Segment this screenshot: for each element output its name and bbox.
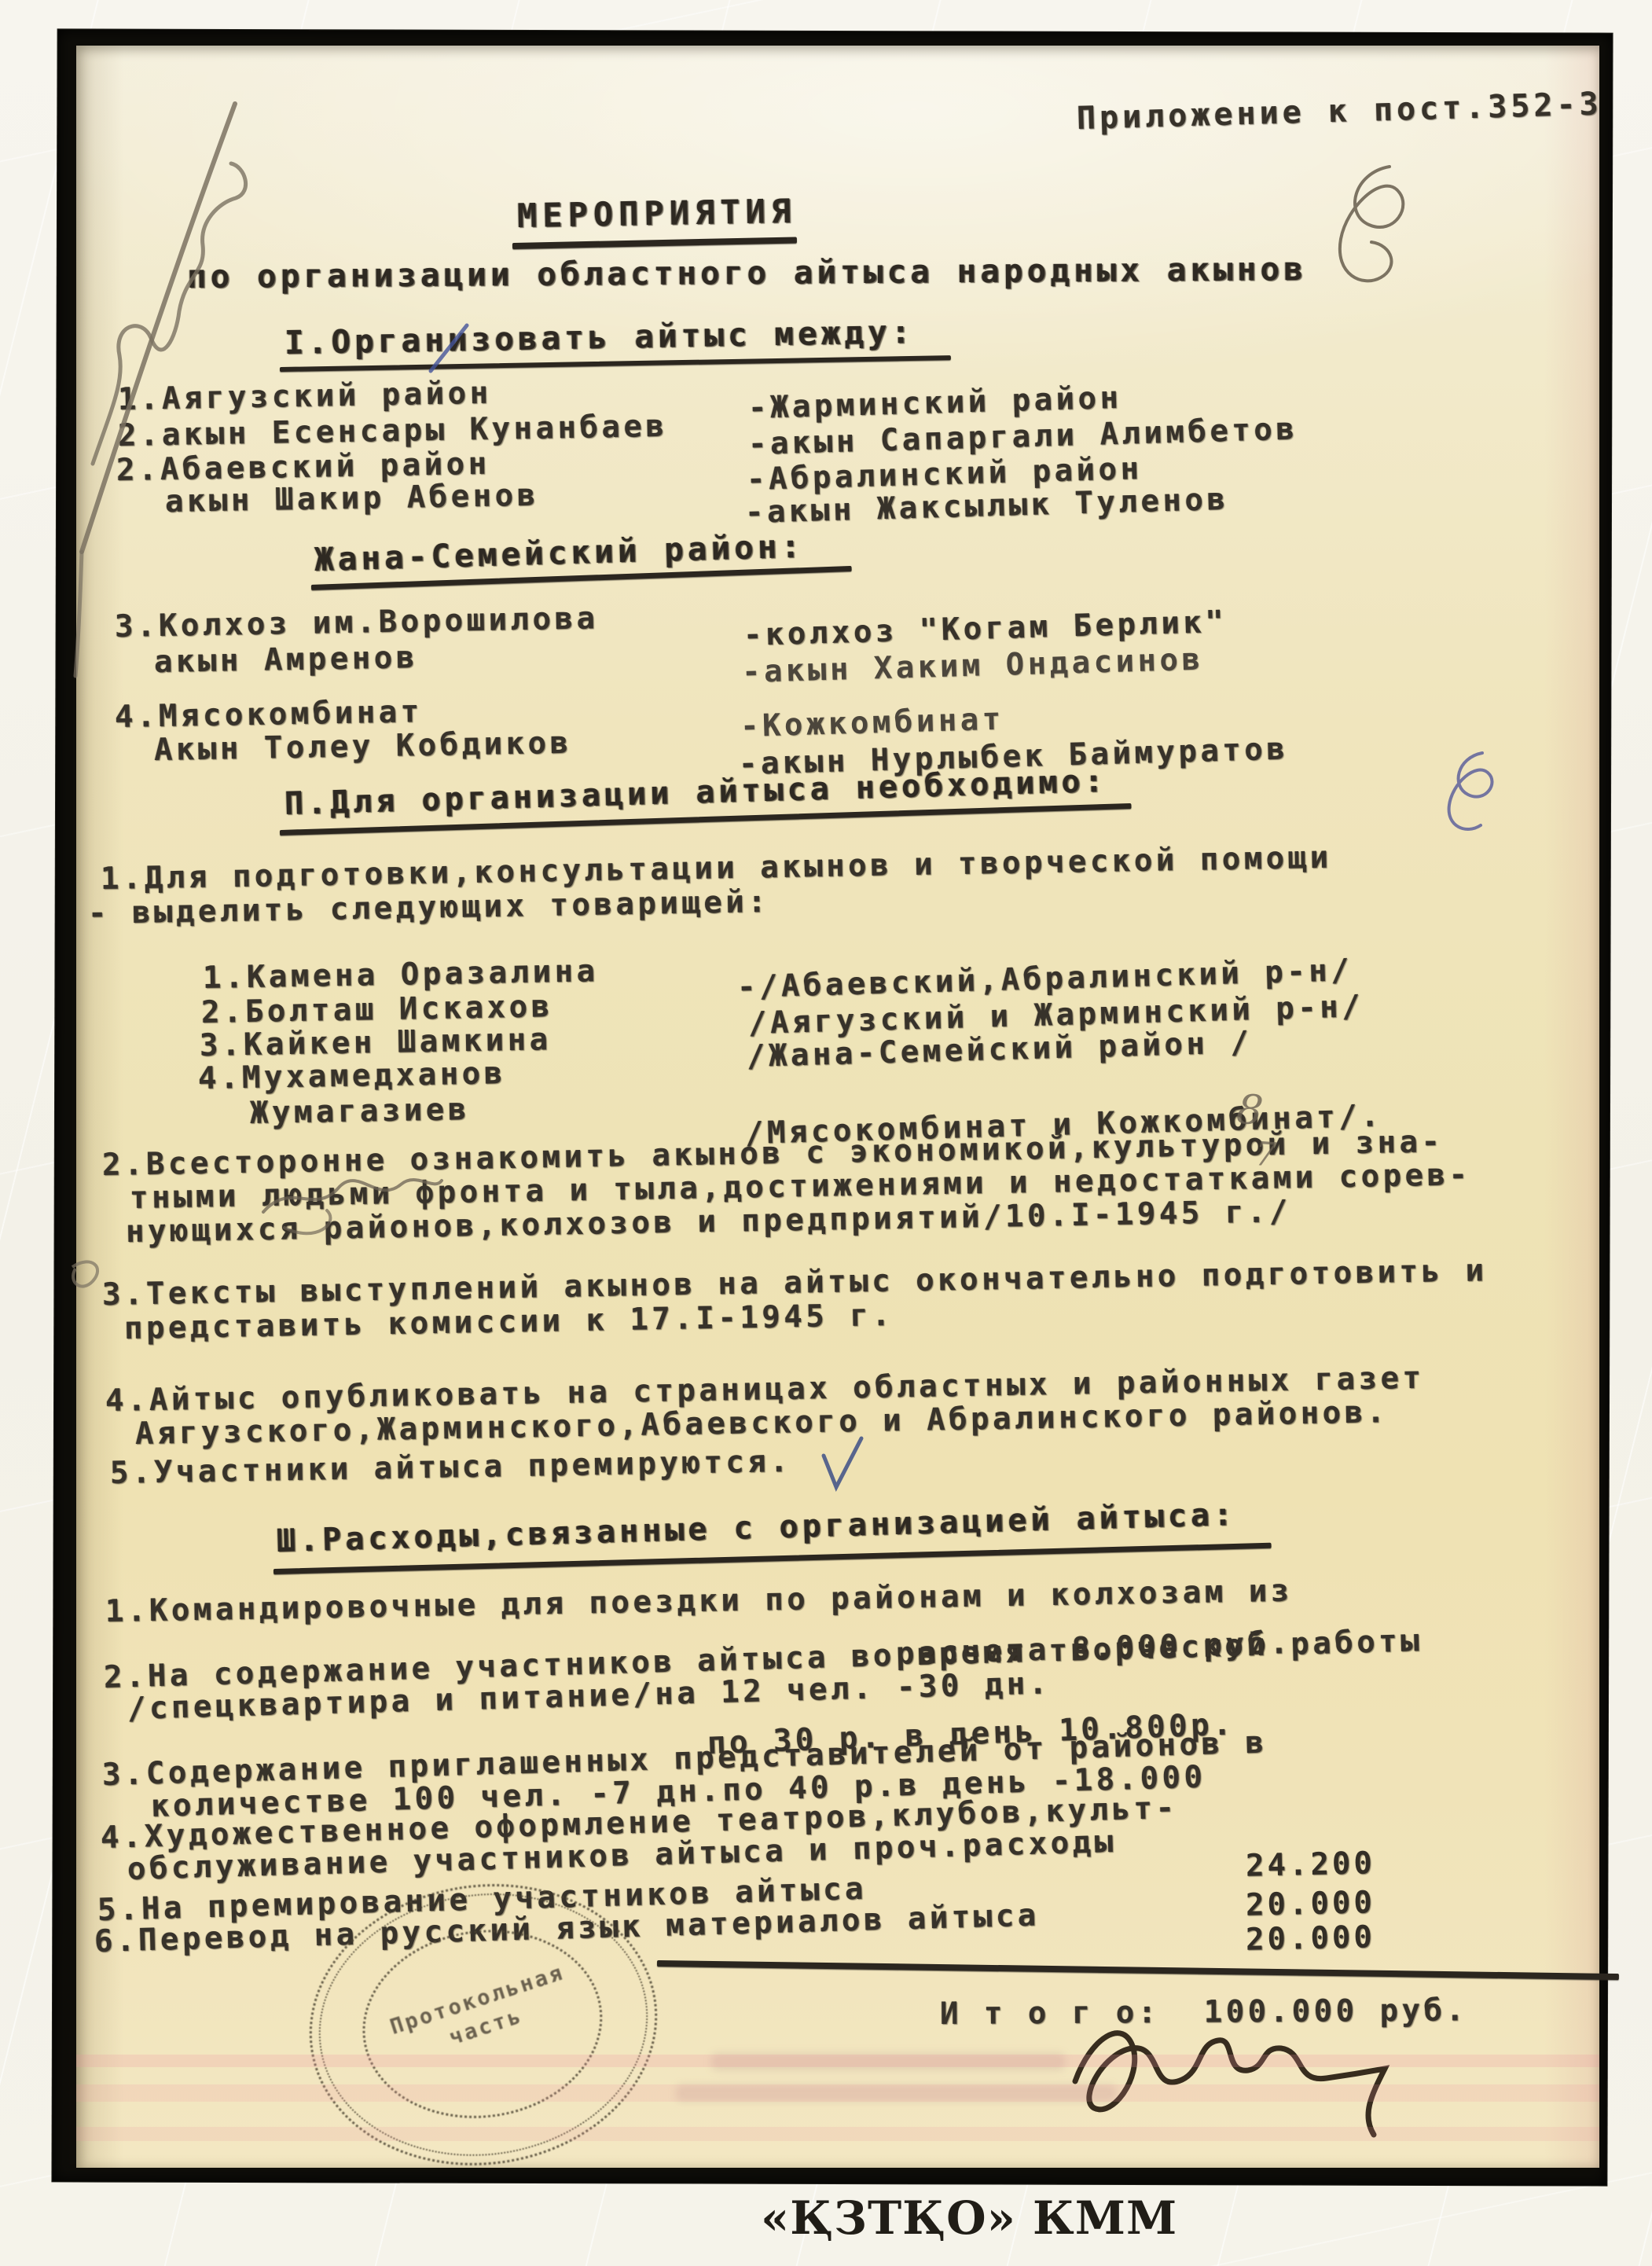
- pair-left: Акын Толеу Кобдиков: [154, 725, 572, 768]
- scan-artifact-band: [76, 2127, 1599, 2141]
- scan-artifact-band: [76, 2055, 1599, 2067]
- cost-amount: 20.000: [1246, 1885, 1376, 1923]
- scan-artifact-band: [76, 2084, 1599, 2102]
- assignee-name: 4.Мухамедханов: [198, 1056, 506, 1096]
- pair-left: акын Шакир Абенов: [165, 478, 539, 520]
- doc-subtitle: по организации областного айтыса народны…: [187, 250, 1307, 296]
- cost-amount: 20.000: [1246, 1919, 1376, 1957]
- cost-amount: 24.200: [1246, 1845, 1376, 1883]
- pair-left: акын Амренов: [154, 640, 418, 680]
- museum-caption: «ҚЗТҚО» КММ: [761, 2191, 1177, 2245]
- pair-left: 1.Аягузский район: [118, 376, 492, 417]
- pair-right: -Кожкомбинат: [740, 702, 1004, 744]
- total-line: И т о г о: 100.000 руб.: [940, 1992, 1468, 2032]
- doc-title: МЕРОПРИЯТИЯ: [517, 192, 797, 235]
- assignee-name: Жумагазиев: [250, 1092, 471, 1131]
- archival-scan-page: Приложение к пост.352-3 МЕРОПРИЯТИЯ по о…: [0, 0, 1652, 2266]
